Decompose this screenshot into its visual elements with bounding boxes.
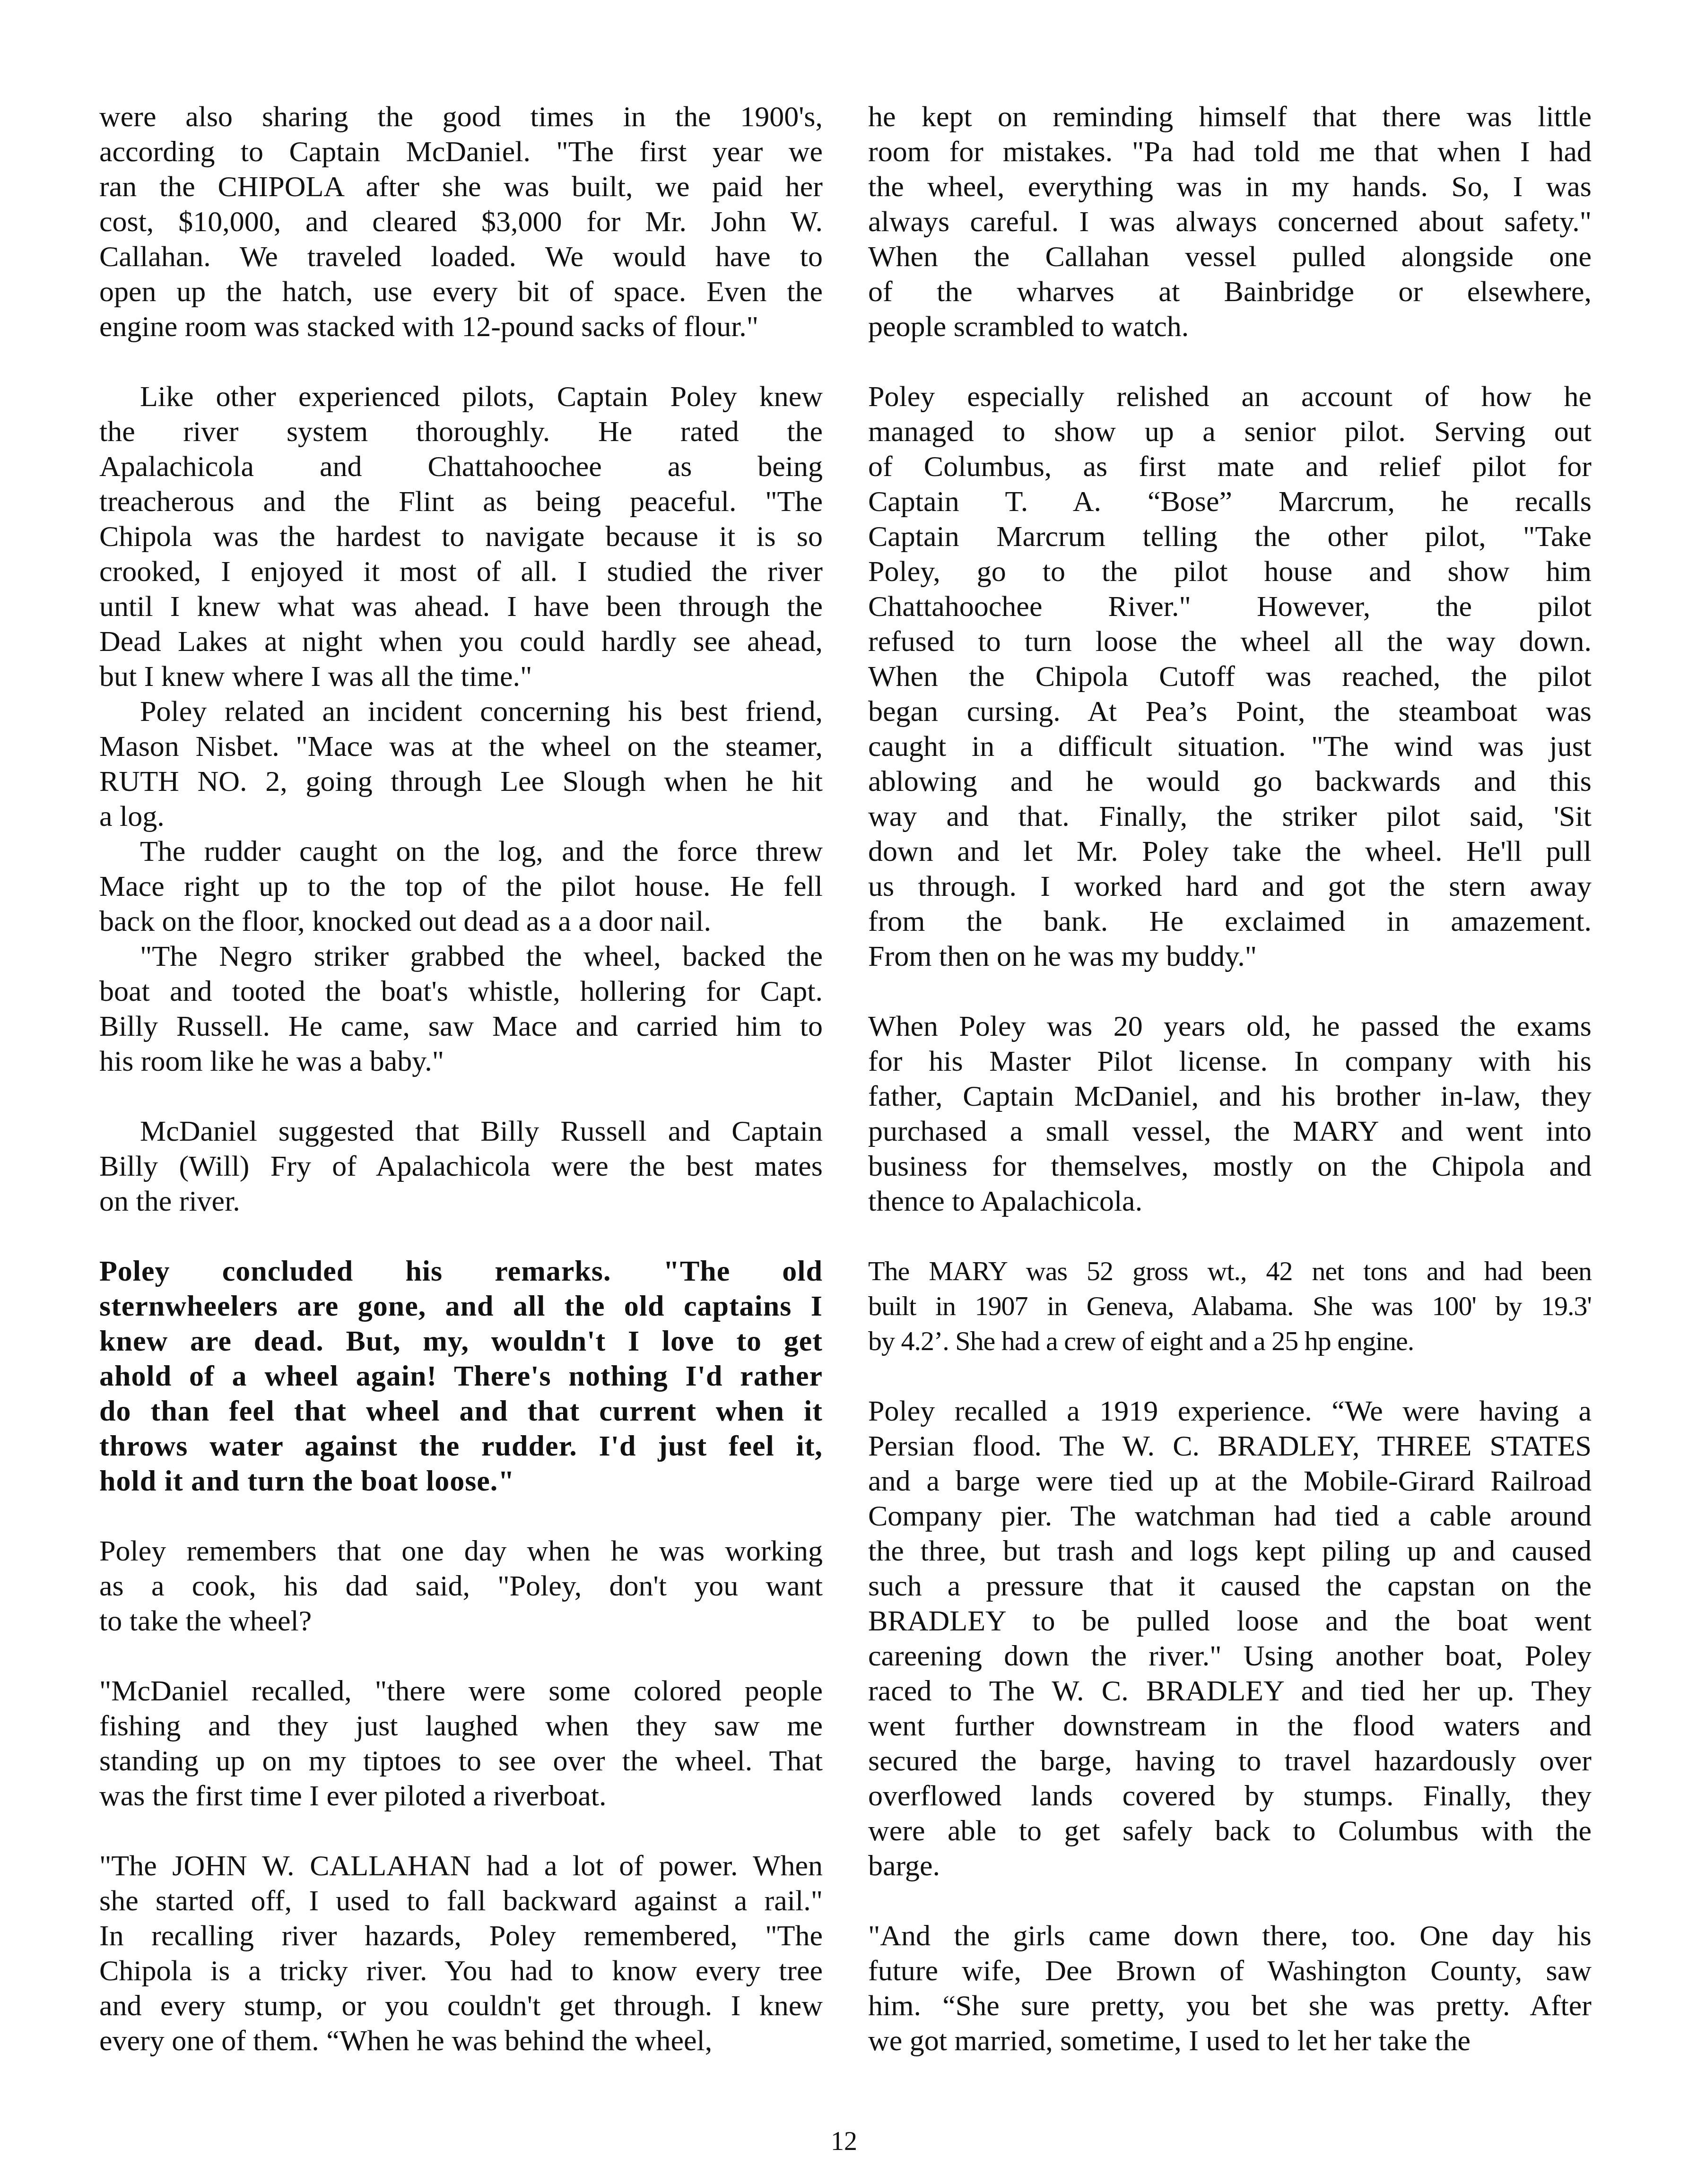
left-column-paragraph: "The Negro striker grabbed the wheel, ba… [99, 939, 823, 1079]
text-line: were also sharing the good times in the … [99, 99, 823, 134]
text-line: back on the floor, knocked out dead as a… [99, 904, 823, 939]
left-column-paragraph: McDaniel suggested that Billy Russell an… [99, 1114, 823, 1219]
text-line: from the bank. He exclaimed in amazement… [868, 904, 1592, 939]
text-line: of the wharves at Bainbridge or elsewher… [868, 274, 1592, 309]
text-line: barge. [868, 1848, 1592, 1883]
right-column-paragraph: Poley recalled a 1919 experience. “We we… [868, 1394, 1592, 1883]
text-line: overflowed lands covered by stumps. Fina… [868, 1778, 1592, 1813]
text-line: ablowing and he would go backwards and t… [868, 764, 1592, 799]
text-line: according to Captain McDaniel. "The firs… [99, 134, 823, 169]
text-line: Chipola is a tricky river. You had to kn… [99, 1953, 823, 1988]
text-line: "The JOHN W. CALLAHAN had a lot of power… [99, 1848, 823, 1883]
text-line: of Columbus, as first mate and relief pi… [868, 449, 1592, 484]
text-line: people scrambled to watch. [868, 309, 1592, 344]
text-line: the river system thoroughly. He rated th… [99, 414, 823, 449]
right-column-paragraph: When Poley was 20 years old, he passed t… [868, 1009, 1592, 1219]
text-line: she started off, I used to fall backward… [99, 1883, 823, 1918]
right-column: he kept on reminding himself that there … [868, 99, 1592, 2058]
text-line: ahold of a wheel again! There's nothing … [99, 1359, 823, 1394]
document-page: were also sharing the good times in the … [0, 0, 1688, 2184]
text-line: Poley related an incident concerning his… [99, 694, 823, 729]
text-line: future wife, Dee Brown of Washington Cou… [868, 1953, 1592, 1988]
left-column-paragraph: The rudder caught on the log, and the fo… [99, 834, 823, 939]
text-line: Chattahoochee River." However, the pilot [868, 589, 1592, 624]
text-line: Like other experienced pilots, Captain P… [99, 379, 823, 414]
text-line: and every stump, or you couldn't get thr… [99, 1988, 823, 2023]
text-line: refused to turn loose the wheel all the … [868, 624, 1592, 659]
left-column-paragraph: Poley related an incident concerning his… [99, 694, 823, 834]
text-line: went further downstream in the flood wat… [868, 1708, 1592, 1743]
text-line: raced to The W. C. BRADLEY and tied her … [868, 1673, 1592, 1708]
text-line: for his Master Pilot license. In company… [868, 1044, 1592, 1079]
text-line: secured the barge, having to travel haza… [868, 1743, 1592, 1778]
text-line: The MARY was 52 gross wt., 42 net tons a… [868, 1254, 1592, 1289]
text-line: Mason Nisbet. "Mace was at the wheel on … [99, 729, 823, 764]
text-line: every one of them. “When he was behind t… [99, 2023, 823, 2058]
left-column-paragraph: Like other experienced pilots, Captain P… [99, 379, 823, 694]
text-line: open up the hatch, use every bit of spac… [99, 274, 823, 309]
text-line: him. “She sure pretty, you bet she was p… [868, 1988, 1592, 2023]
text-line: business for themselves, mostly on the C… [868, 1149, 1592, 1184]
text-line: the three, but trash and logs kept pilin… [868, 1534, 1592, 1569]
text-line: such a pressure that it caused the capst… [868, 1569, 1592, 1603]
text-line: throws water against the rudder. I'd jus… [99, 1429, 823, 1464]
left-column-paragraph: Poley remembers that one day when he was… [99, 1534, 823, 1638]
left-column-paragraph: "McDaniel recalled, "there were some col… [99, 1673, 823, 1813]
text-line: Poley, go to the pilot house and show hi… [868, 554, 1592, 589]
text-line: hold it and turn the boat loose." [99, 1464, 823, 1499]
text-line: Mace right up to the top of the pilot ho… [99, 869, 823, 904]
text-line: boat and tooted the boat's whistle, holl… [99, 974, 823, 1009]
text-line: his room like he was a baby." [99, 1044, 823, 1079]
text-line: were able to get safely back to Columbus… [868, 1813, 1592, 1848]
text-line: crooked, I enjoyed it most of all. I stu… [99, 554, 823, 589]
text-line: a log. [99, 799, 823, 834]
text-line: room for mistakes. "Pa had told me that … [868, 134, 1592, 169]
text-line: "McDaniel recalled, "there were some col… [99, 1673, 823, 1708]
text-line: Persian flood. The W. C. BRADLEY, THREE … [868, 1429, 1592, 1464]
text-line: way and that. Finally, the striker pilot… [868, 799, 1592, 834]
text-line: Company pier. The watchman had tied a ca… [868, 1499, 1592, 1534]
text-line: Poley remembers that one day when he was… [99, 1534, 823, 1569]
right-column-paragraph: "And the girls came down there, too. One… [868, 1918, 1592, 2058]
text-line: engine room was stacked with 12-pound sa… [99, 309, 823, 344]
text-line: Poley concluded his remarks. "The old [99, 1254, 823, 1289]
text-line: Apalachicola and Chattahoochee as being [99, 449, 823, 484]
text-line: "And the girls came down there, too. One… [868, 1918, 1592, 1953]
right-column-paragraph: he kept on reminding himself that there … [868, 99, 1592, 344]
text-line: to take the wheel? [99, 1603, 823, 1638]
text-line: built in 1907 in Geneva, Alabama. She wa… [868, 1289, 1592, 1324]
text-line: cost, $10,000, and cleared $3,000 for Mr… [99, 204, 823, 239]
text-line: Billy Russell. He came, saw Mace and car… [99, 1009, 823, 1044]
text-line: managed to show up a senior pilot. Servi… [868, 414, 1592, 449]
text-line: "The Negro striker grabbed the wheel, ba… [99, 939, 823, 974]
text-line: sternwheelers are gone, and all the old … [99, 1289, 823, 1324]
text-line: Dead Lakes at night when you could hardl… [99, 624, 823, 659]
text-line: When the Callahan vessel pulled alongsid… [868, 239, 1592, 274]
text-line: When Poley was 20 years old, he passed t… [868, 1009, 1592, 1044]
text-line: The rudder caught on the log, and the fo… [99, 834, 823, 869]
text-line: Billy (Will) Fry of Apalachicola were th… [99, 1149, 823, 1184]
text-line: ran the CHIPOLA after she was built, we … [99, 169, 823, 204]
text-line: thence to Apalachicola. [868, 1184, 1592, 1219]
text-line: purchased a small vessel, the MARY and w… [868, 1114, 1592, 1149]
text-line: us through. I worked hard and got the st… [868, 869, 1592, 904]
text-line: Poley especially relished an account of … [868, 379, 1592, 414]
text-line: by 4.2’. She had a crew of eight and a 2… [868, 1324, 1592, 1359]
text-line: on the river. [99, 1184, 823, 1219]
text-line: he kept on reminding himself that there … [868, 99, 1592, 134]
text-line: father, Captain McDaniel, and his brothe… [868, 1079, 1592, 1114]
text-line: and a barge were tied up at the Mobile-G… [868, 1464, 1592, 1499]
text-line: knew are dead. But, my, wouldn't I love … [99, 1324, 823, 1359]
text-line: we got married, sometime, I used to let … [868, 2023, 1592, 2058]
text-line: When the Chipola Cutoff was reached, the… [868, 659, 1592, 694]
text-line: Poley recalled a 1919 experience. “We we… [868, 1394, 1592, 1429]
page-number: 12 [0, 2126, 1688, 2157]
text-line: was the first time I ever piloted a rive… [99, 1778, 823, 1813]
text-line: standing up on my tiptoes to see over th… [99, 1743, 823, 1778]
text-line: began cursing. At Pea’s Point, the steam… [868, 694, 1592, 729]
text-line: do than feel that wheel and that current… [99, 1394, 823, 1429]
text-line: Captain T. A. “Bose” Marcrum, he recalls [868, 484, 1592, 519]
text-line: but I knew where I was all the time." [99, 659, 823, 694]
text-line: Chipola was the hardest to navigate beca… [99, 519, 823, 554]
text-line: RUTH NO. 2, going through Lee Slough whe… [99, 764, 823, 799]
text-line: down and let Mr. Poley take the wheel. H… [868, 834, 1592, 869]
text-line: In recalling river hazards, Poley rememb… [99, 1918, 823, 1953]
left-column-paragraph: were also sharing the good times in the … [99, 99, 823, 344]
text-line: always careful. I was always concerned a… [868, 204, 1592, 239]
left-column: were also sharing the good times in the … [99, 99, 823, 2058]
text-line: Captain Marcrum telling the other pilot,… [868, 519, 1592, 554]
left-column-paragraph: Poley concluded his remarks. "The oldste… [99, 1254, 823, 1499]
right-column-paragraph: The MARY was 52 gross wt., 42 net tons a… [868, 1254, 1592, 1359]
text-line: caught in a difficult situation. "The wi… [868, 729, 1592, 764]
text-line: BRADLEY to be pulled loose and the boat … [868, 1603, 1592, 1638]
text-line: until I knew what was ahead. I have been… [99, 589, 823, 624]
text-line: From then on he was my buddy." [868, 939, 1592, 974]
text-line: fishing and they just laughed when they … [99, 1708, 823, 1743]
left-column-paragraph: "The JOHN W. CALLAHAN had a lot of power… [99, 1848, 823, 2058]
text-line: careening down the river." Using another… [868, 1638, 1592, 1673]
text-line: treacherous and the Flint as being peace… [99, 484, 823, 519]
right-column-paragraph: Poley especially relished an account of … [868, 379, 1592, 974]
text-line: the wheel, everything was in my hands. S… [868, 169, 1592, 204]
text-line: McDaniel suggested that Billy Russell an… [99, 1114, 823, 1149]
text-line: as a cook, his dad said, "Poley, don't y… [99, 1569, 823, 1603]
text-line: Callahan. We traveled loaded. We would h… [99, 239, 823, 274]
